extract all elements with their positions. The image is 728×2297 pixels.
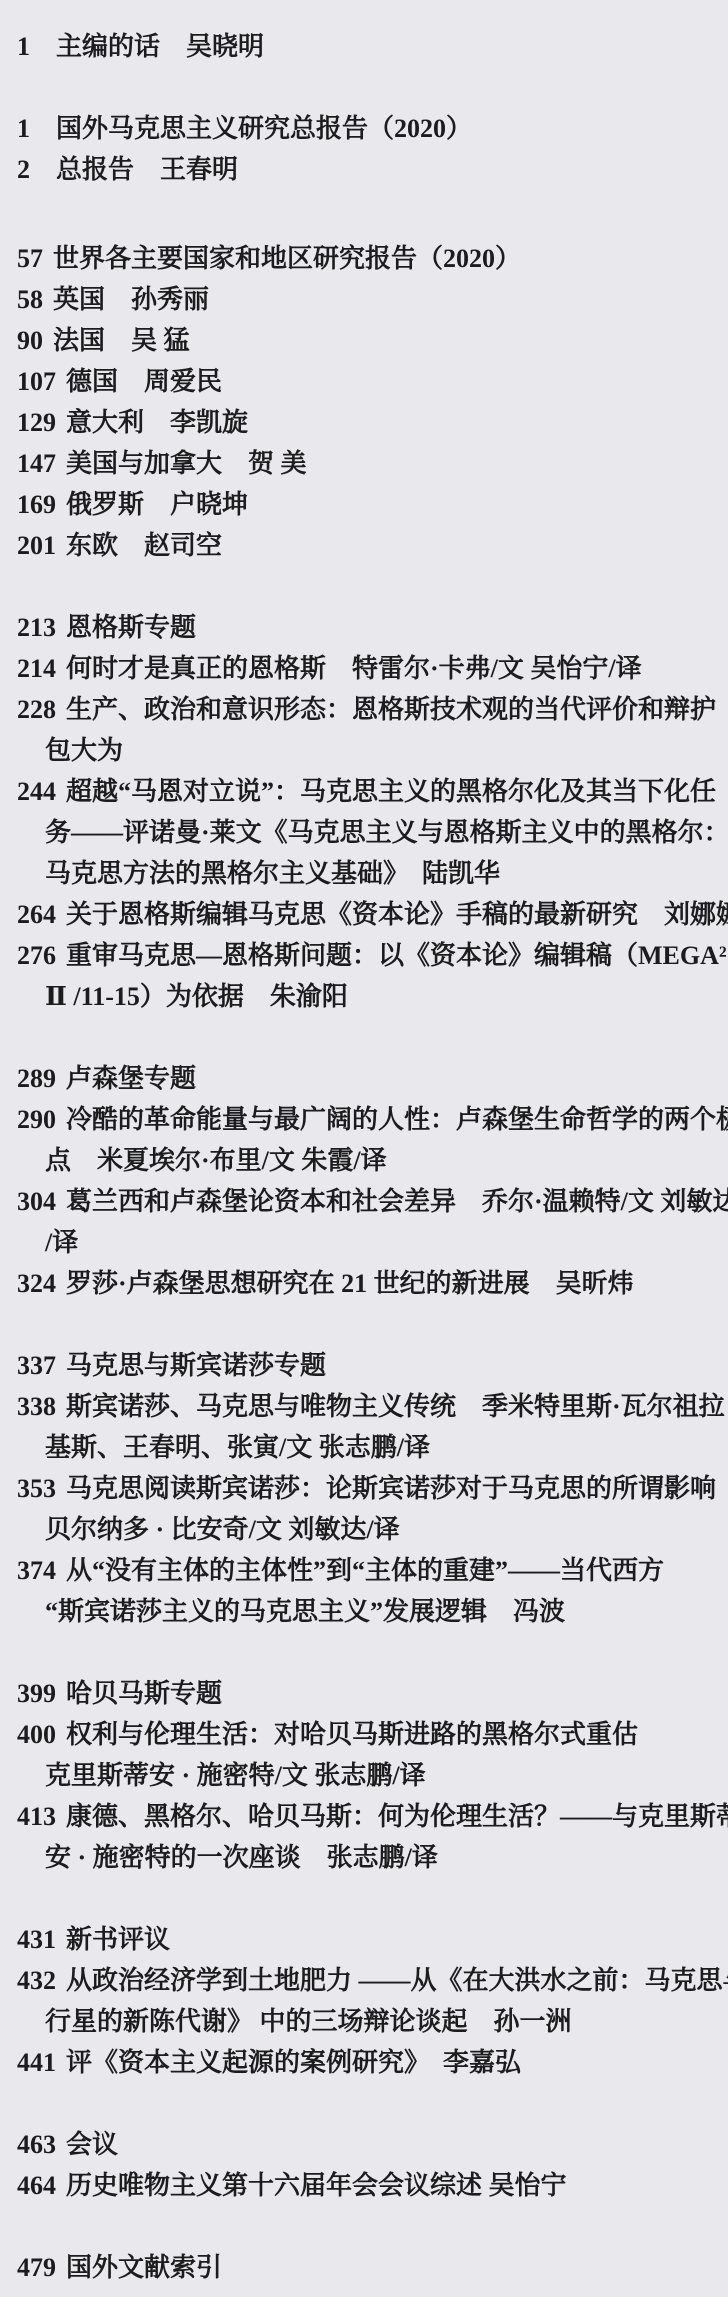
toc-line-text: 安 · 施密特的一次座谈 张志鹏/译: [45, 1843, 438, 1872]
toc-line-text: 俄罗斯 户晓坤: [66, 490, 248, 519]
toc-page-number: 290: [17, 1105, 56, 1134]
toc-line-text: 美国与加拿大 贺 美: [66, 449, 307, 478]
toc-page-number: 479: [17, 2253, 56, 2282]
section-spacer: [17, 2083, 714, 2124]
toc-line-text: 会议: [66, 2130, 118, 2159]
toc-line-text: 超越“马恩对立说”：马克思主义的黑格尔化及其当下化任: [66, 777, 716, 806]
toc-line: 90法国 吴 猛: [17, 320, 714, 361]
toc-page-number: 374: [17, 1556, 56, 1585]
toc-line-text: 葛兰西和卢森堡论资本和社会差异 乔尔·温赖特/文 刘敏达: [66, 1187, 728, 1216]
toc-section-luxemburg-special: 289卢森堡专题 290冷酷的革命能量与最广阔的人性：卢森堡生命哲学的两个极 点…: [17, 1058, 714, 1304]
section-spacer: [17, 67, 714, 108]
toc-line-text: 主编的话 吴晓明: [56, 32, 264, 61]
toc-page-number: 399: [17, 1679, 56, 1708]
toc-line-text: 卢森堡专题: [66, 1064, 196, 1093]
toc-page-number: 338: [17, 1392, 56, 1421]
toc-line-text: 从政治经济学到土地肥力 ——从《在大洪水之前：马克思与: [66, 1966, 728, 1995]
section-spacer: [17, 566, 714, 607]
toc-line: 214何时才是真正的恩格斯 特雷尔·卡弗/文 吴怡宁/译: [17, 648, 714, 689]
toc-line: 107德国 周爱民: [17, 361, 714, 402]
toc-line-continuation: 贝尔纳多 · 比安奇/文 刘敏达/译: [17, 1509, 714, 1550]
toc-line-text: /译: [45, 1228, 78, 1257]
toc-line: 304葛兰西和卢森堡论资本和社会差异 乔尔·温赖特/文 刘敏达: [17, 1181, 714, 1222]
toc-line: 1国外马克思主义研究总报告（2020）: [17, 108, 714, 149]
toc-line-text: 历史唯物主义第十六届年会会议综述 吴怡宁: [66, 2171, 567, 2200]
toc-page-number: 169: [17, 490, 56, 519]
toc-line: 276重审马克思—恩格斯问题：以《资本论》编辑稿（MEGA²: [17, 935, 714, 976]
toc-section-general-report: 1国外马克思主义研究总报告（2020） 2总报告 王春明: [17, 108, 714, 190]
toc-page-number: 244: [17, 777, 56, 806]
toc-line: 324罗莎·卢森堡思想研究在 21 世纪的新进展 吴昕炜: [17, 1263, 714, 1304]
toc-line-text: 关于恩格斯编辑马克思《资本论》手稿的最新研究 刘娜娜: [66, 900, 728, 929]
toc-page-number: 129: [17, 408, 56, 437]
toc-section-conference: 463会议 464历史唯物主义第十六届年会会议综述 吴怡宁: [17, 2124, 714, 2206]
toc-line: 228生产、政治和意识形态：恩格斯技术观的当代评价和辩护: [17, 689, 714, 730]
toc-line: 337马克思与斯宾诺莎专题: [17, 1345, 714, 1386]
toc-line-text: 贝尔纳多 · 比安奇/文 刘敏达/译: [45, 1515, 400, 1544]
toc-section-marx-spinoza-special: 337马克思与斯宾诺莎专题 338斯宾诺莎、马克思与唯物主义传统 季米特里斯·瓦…: [17, 1345, 714, 1632]
toc-line: 2总报告 王春明: [17, 149, 714, 190]
toc-line-continuation: 包大为: [17, 730, 714, 771]
toc-line-text: 国外马克思主义研究总报告（2020）: [56, 114, 472, 143]
toc-line: 353马克思阅读斯宾诺莎：论斯宾诺莎对于马克思的所谓影响: [17, 1468, 714, 1509]
toc-page-number: 1: [17, 114, 30, 143]
toc-line: 441评《资本主义起源的案例研究》 李嘉弘: [17, 2042, 714, 2083]
section-spacer: [17, 1017, 714, 1058]
toc-page-number: 463: [17, 2130, 56, 2159]
toc-line-text: 权利与伦理生活：对哈贝马斯进路的黑格尔式重估: [66, 1720, 638, 1749]
toc-line-text: 点 米夏埃尔·布里/文 朱霞/译: [45, 1146, 387, 1175]
toc-line-text: 罗莎·卢森堡思想研究在 21 世纪的新进展 吴昕炜: [66, 1269, 634, 1298]
toc-line-text: 恩格斯专题: [66, 613, 196, 642]
toc-line: 338斯宾诺莎、马克思与唯物主义传统 季米特里斯·瓦尔祖拉: [17, 1386, 714, 1427]
toc-page-number: 289: [17, 1064, 56, 1093]
toc-page-number: 201: [17, 531, 56, 560]
toc-line-text: 马克思与斯宾诺莎专题: [66, 1351, 326, 1380]
toc-page-number: 441: [17, 2048, 56, 2077]
toc-line: 479国外文献索引: [17, 2247, 714, 2288]
toc-page-number: 324: [17, 1269, 56, 1298]
toc-line: 289卢森堡专题: [17, 1058, 714, 1099]
toc-line: 57世界各主要国家和地区研究报告（2020）: [17, 238, 714, 279]
toc-line-text: 哈贝马斯专题: [66, 1679, 222, 1708]
toc-line: 431新书评议: [17, 1919, 714, 1960]
toc-line: 169俄罗斯 户晓坤: [17, 484, 714, 525]
toc-section-habermas-special: 399哈贝马斯专题 400权利与伦理生活：对哈贝马斯进路的黑格尔式重估 克里斯蒂…: [17, 1673, 714, 1878]
toc-line: 400权利与伦理生活：对哈贝马斯进路的黑格尔式重估: [17, 1714, 714, 1755]
toc-line-text: 务——评诺曼·莱文《马克思主义与恩格斯主义中的黑格尔：: [45, 818, 728, 847]
toc-page-number: 90: [17, 326, 43, 355]
toc-section-book-reviews: 431新书评议 432从政治经济学到土地肥力 ——从《在大洪水之前：马克思与 行…: [17, 1919, 714, 2083]
toc-line: 374从“没有主体的主体性”到“主体的重建”——当代西方: [17, 1550, 714, 1591]
toc-line: 432从政治经济学到土地肥力 ——从《在大洪水之前：马克思与: [17, 1960, 714, 2001]
toc-line: 58英国 孙秀丽: [17, 279, 714, 320]
toc-page-number: 2: [17, 155, 30, 184]
section-spacer: [17, 1304, 714, 1345]
toc-line-continuation: 务——评诺曼·莱文《马克思主义与恩格斯主义中的黑格尔：: [17, 812, 714, 853]
toc-section-editors-note: 1主编的话 吴晓明: [17, 26, 714, 67]
toc-line-text: 生产、政治和意识形态：恩格斯技术观的当代评价和辩护: [66, 695, 716, 724]
toc-line-text: 何时才是真正的恩格斯 特雷尔·卡弗/文 吴怡宁/译: [66, 654, 642, 683]
toc-line-text: 重审马克思—恩格斯问题：以《资本论》编辑稿（MEGA²: [66, 941, 727, 970]
toc-line: 129意大利 李凯旋: [17, 402, 714, 443]
section-spacer: [17, 1632, 714, 1673]
toc-page-number: 228: [17, 695, 56, 724]
toc-page-number: 107: [17, 367, 56, 396]
toc-page-number: 214: [17, 654, 56, 683]
toc-line-text: 新书评议: [66, 1925, 170, 1954]
toc-section-literature-index: 479国外文献索引: [17, 2247, 714, 2288]
toc-page-number: 147: [17, 449, 56, 478]
toc-line: 244超越“马恩对立说”：马克思主义的黑格尔化及其当下化任: [17, 771, 714, 812]
toc-page-number: 304: [17, 1187, 56, 1216]
toc-line-text: 国外文献索引: [66, 2253, 222, 2282]
toc-page-number: 1: [17, 32, 30, 61]
toc-line: 1主编的话 吴晓明: [17, 26, 714, 67]
toc-page-number: 432: [17, 1966, 56, 1995]
toc-page-number: 264: [17, 900, 56, 929]
toc-line: 213恩格斯专题: [17, 607, 714, 648]
section-spacer: [17, 190, 714, 238]
toc-line-text: 评《资本主义起源的案例研究》 李嘉弘: [66, 2048, 521, 2077]
toc-line: 264关于恩格斯编辑马克思《资本论》手稿的最新研究 刘娜娜: [17, 894, 714, 935]
toc-line-text: 马克思阅读斯宾诺莎：论斯宾诺莎对于马克思的所谓影响: [66, 1474, 716, 1503]
toc-line-text: 总报告 王春明: [56, 155, 238, 184]
toc-line: 147美国与加拿大 贺 美: [17, 443, 714, 484]
toc-line-continuation: 克里斯蒂安 · 施密特/文 张志鹏/译: [17, 1755, 714, 1796]
toc-line-text: 斯宾诺莎、马克思与唯物主义传统 季米特里斯·瓦尔祖拉: [66, 1392, 725, 1421]
toc-line-text: 包大为: [45, 736, 123, 765]
toc-line-text: 冷酷的革命能量与最广阔的人性：卢森堡生命哲学的两个极: [66, 1105, 728, 1134]
toc-line-text: “斯宾诺莎主义的马克思主义”发展逻辑 冯波: [45, 1597, 565, 1626]
toc-line-text: 意大利 李凯旋: [66, 408, 248, 437]
toc-section-engels-special: 213恩格斯专题 214何时才是真正的恩格斯 特雷尔·卡弗/文 吴怡宁/译 22…: [17, 607, 714, 1017]
toc-line-text: Ⅱ /11-15）为依据 朱渝阳: [45, 982, 348, 1011]
toc-line: 399哈贝马斯专题: [17, 1673, 714, 1714]
toc-line-text: 克里斯蒂安 · 施密特/文 张志鹏/译: [45, 1761, 426, 1790]
toc-page-number: 353: [17, 1474, 56, 1503]
toc-page-number: 400: [17, 1720, 56, 1749]
toc-line-continuation: 行星的新陈代谢》 中的三场辩论谈起 孙一洲: [17, 2001, 714, 2042]
toc-line-text: 从“没有主体的主体性”到“主体的重建”——当代西方: [66, 1556, 664, 1585]
toc-page-number: 431: [17, 1925, 56, 1954]
toc-line: 290冷酷的革命能量与最广阔的人性：卢森堡生命哲学的两个极: [17, 1099, 714, 1140]
toc-page-number: 337: [17, 1351, 56, 1380]
section-spacer: [17, 2206, 714, 2247]
toc-line-continuation: Ⅱ /11-15）为依据 朱渝阳: [17, 976, 714, 1017]
toc-page-number: 57: [17, 244, 43, 273]
toc-line-text: 行星的新陈代谢》 中的三场辩论谈起 孙一洲: [45, 2007, 572, 2036]
toc-page-number: 413: [17, 1802, 56, 1831]
toc-line-text: 英国 孙秀丽: [53, 285, 209, 314]
toc-line: 201东欧 赵司空: [17, 525, 714, 566]
toc-line-text: 德国 周爱民: [66, 367, 222, 396]
toc-line-continuation: /译: [17, 1222, 714, 1263]
toc-line-text: 马克思方法的黑格尔主义基础》 陆凯华: [45, 859, 500, 888]
toc-page-number: 58: [17, 285, 43, 314]
toc-line-text: 基斯、王春明、张寅/文 张志鹏/译: [45, 1433, 430, 1462]
toc-page-number: 213: [17, 613, 56, 642]
toc-line-text: 东欧 赵司空: [66, 531, 222, 560]
toc-line-text: 法国 吴 猛: [53, 326, 190, 355]
toc-line: 413康德、黑格尔、哈贝马斯：何为伦理生活？——与克里斯蒂: [17, 1796, 714, 1837]
toc-line-text: 世界各主要国家和地区研究报告（2020）: [53, 244, 521, 273]
toc-page-number: 464: [17, 2171, 56, 2200]
section-spacer: [17, 1878, 714, 1919]
toc-line-text: 康德、黑格尔、哈贝马斯：何为伦理生活？——与克里斯蒂: [66, 1802, 728, 1831]
toc-section-country-reports: 57世界各主要国家和地区研究报告（2020） 58英国 孙秀丽 90法国 吴 猛…: [17, 238, 714, 566]
toc-line-continuation: 基斯、王春明、张寅/文 张志鹏/译: [17, 1427, 714, 1468]
toc-page: 1主编的话 吴晓明 1国外马克思主义研究总报告（2020） 2总报告 王春明 5…: [0, 0, 728, 2297]
toc-line-continuation: “斯宾诺莎主义的马克思主义”发展逻辑 冯波: [17, 1591, 714, 1632]
toc-line-continuation: 点 米夏埃尔·布里/文 朱霞/译: [17, 1140, 714, 1181]
toc-page-number: 276: [17, 941, 56, 970]
toc-line-continuation: 马克思方法的黑格尔主义基础》 陆凯华: [17, 853, 714, 894]
toc-line-continuation: 安 · 施密特的一次座谈 张志鹏/译: [17, 1837, 714, 1878]
toc-line: 463会议: [17, 2124, 714, 2165]
toc-line: 464历史唯物主义第十六届年会会议综述 吴怡宁: [17, 2165, 714, 2206]
